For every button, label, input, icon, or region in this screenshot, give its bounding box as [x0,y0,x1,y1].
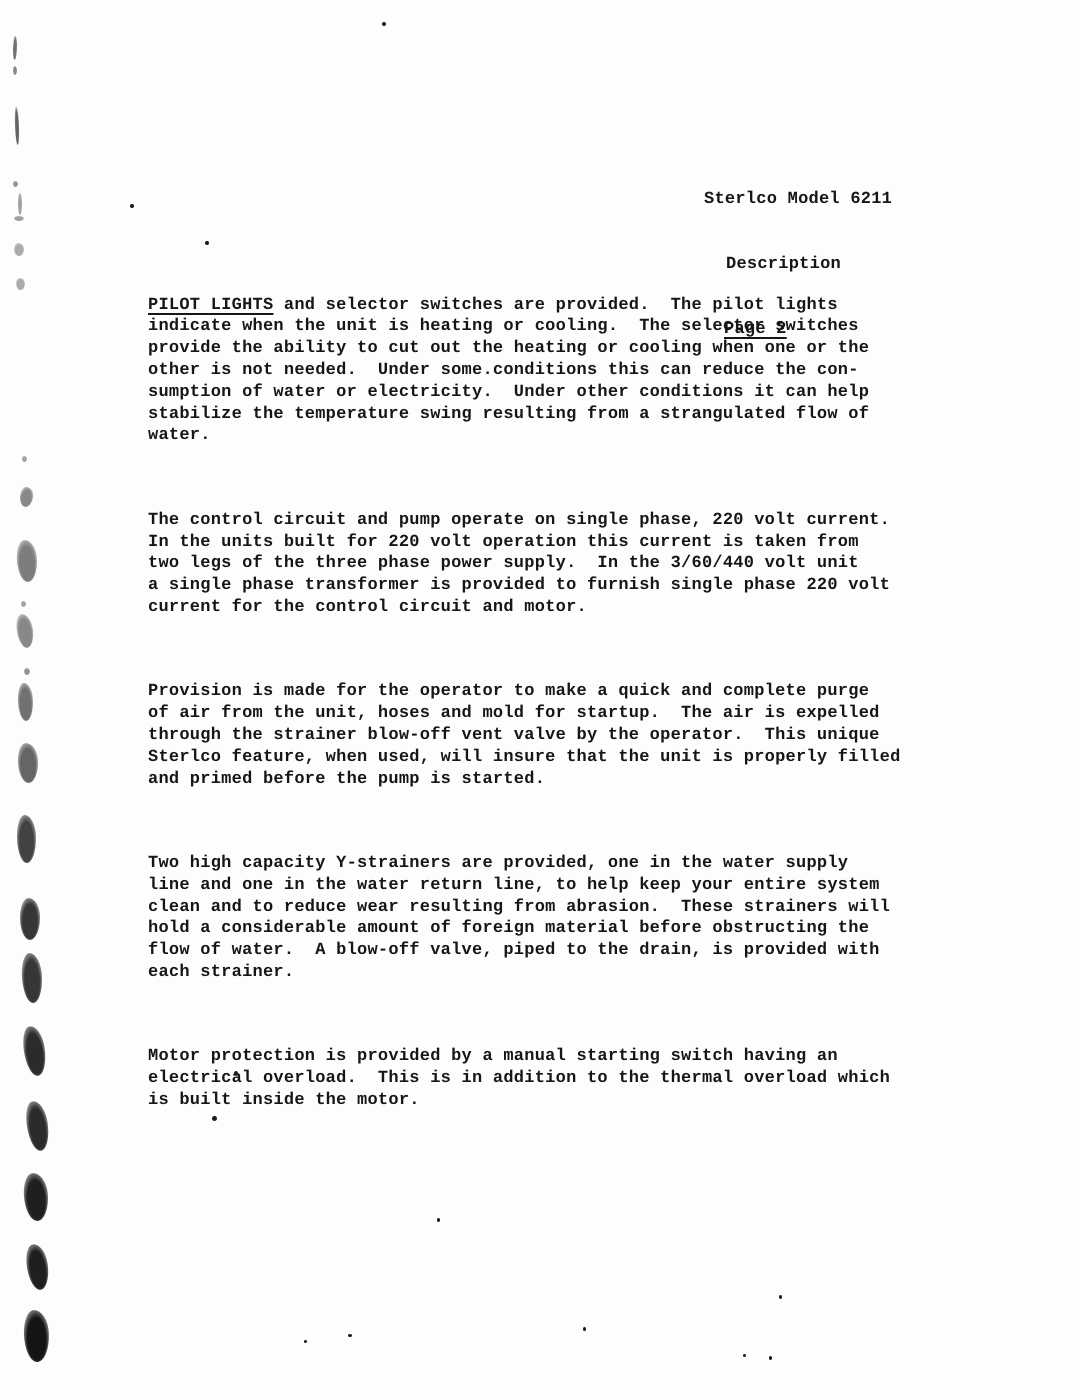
scan-speck [769,1356,772,1360]
scan-smudge [13,36,18,60]
header-model-title: Sterlco Model 6211 [704,189,892,211]
scan-smudge [13,181,18,187]
scan-smudge [23,1310,50,1363]
scan-smudge [20,898,40,940]
scan-smudge [21,953,44,1004]
scan-speck [212,1116,217,1121]
document-page: Sterlco Model 6211 Description Page 2 PI… [0,0,1080,1393]
scan-smudge [24,1243,51,1291]
paragraph-y-strainers: Two high capacity Y-strainers are provid… [148,853,938,984]
scan-speck [205,241,209,245]
scan-smudge [15,613,36,649]
scan-speck [583,1327,586,1331]
pilot-lights-heading: PILOT LIGHTS [148,296,273,315]
paragraph-motor-protection: Motor protection is provided by a manual… [148,1046,938,1111]
paragraph-control-circuit: The control circuit and pump operate on … [148,510,938,619]
scan-speck [743,1354,746,1357]
scan-smudge [22,1172,49,1222]
scan-speck [779,1295,782,1299]
paragraph-pilot-lights: PILOT LIGHTS and selector switches are p… [148,295,938,448]
scan-smudge [14,216,24,221]
scan-smudge [16,540,38,583]
scan-smudge [13,66,17,75]
scan-smudge [24,1100,52,1152]
scan-speck [348,1334,352,1337]
scan-smudge [21,1025,49,1077]
scan-speck [130,204,134,208]
pilot-lights-body: and selector switches are provided. The … [148,296,869,446]
scan-smudge [22,456,27,462]
scan-speck [382,22,386,26]
scan-smudge [16,278,25,290]
scan-smudge [17,743,38,784]
scan-smudge [19,486,35,508]
scan-smudge [24,668,30,675]
paragraph-air-purge: Provision is made for the operator to ma… [148,681,938,790]
scan-smudge [18,193,22,215]
scan-speck [304,1340,307,1343]
scan-smudge [17,683,33,722]
scan-speck [234,1071,238,1076]
scan-smudge [21,601,26,607]
scan-speck [437,1218,440,1222]
body-text: PILOT LIGHTS and selector switches are p… [148,251,938,1174]
scan-smudge [14,243,24,256]
scan-smudge [14,107,19,145]
scan-smudge [17,815,37,863]
